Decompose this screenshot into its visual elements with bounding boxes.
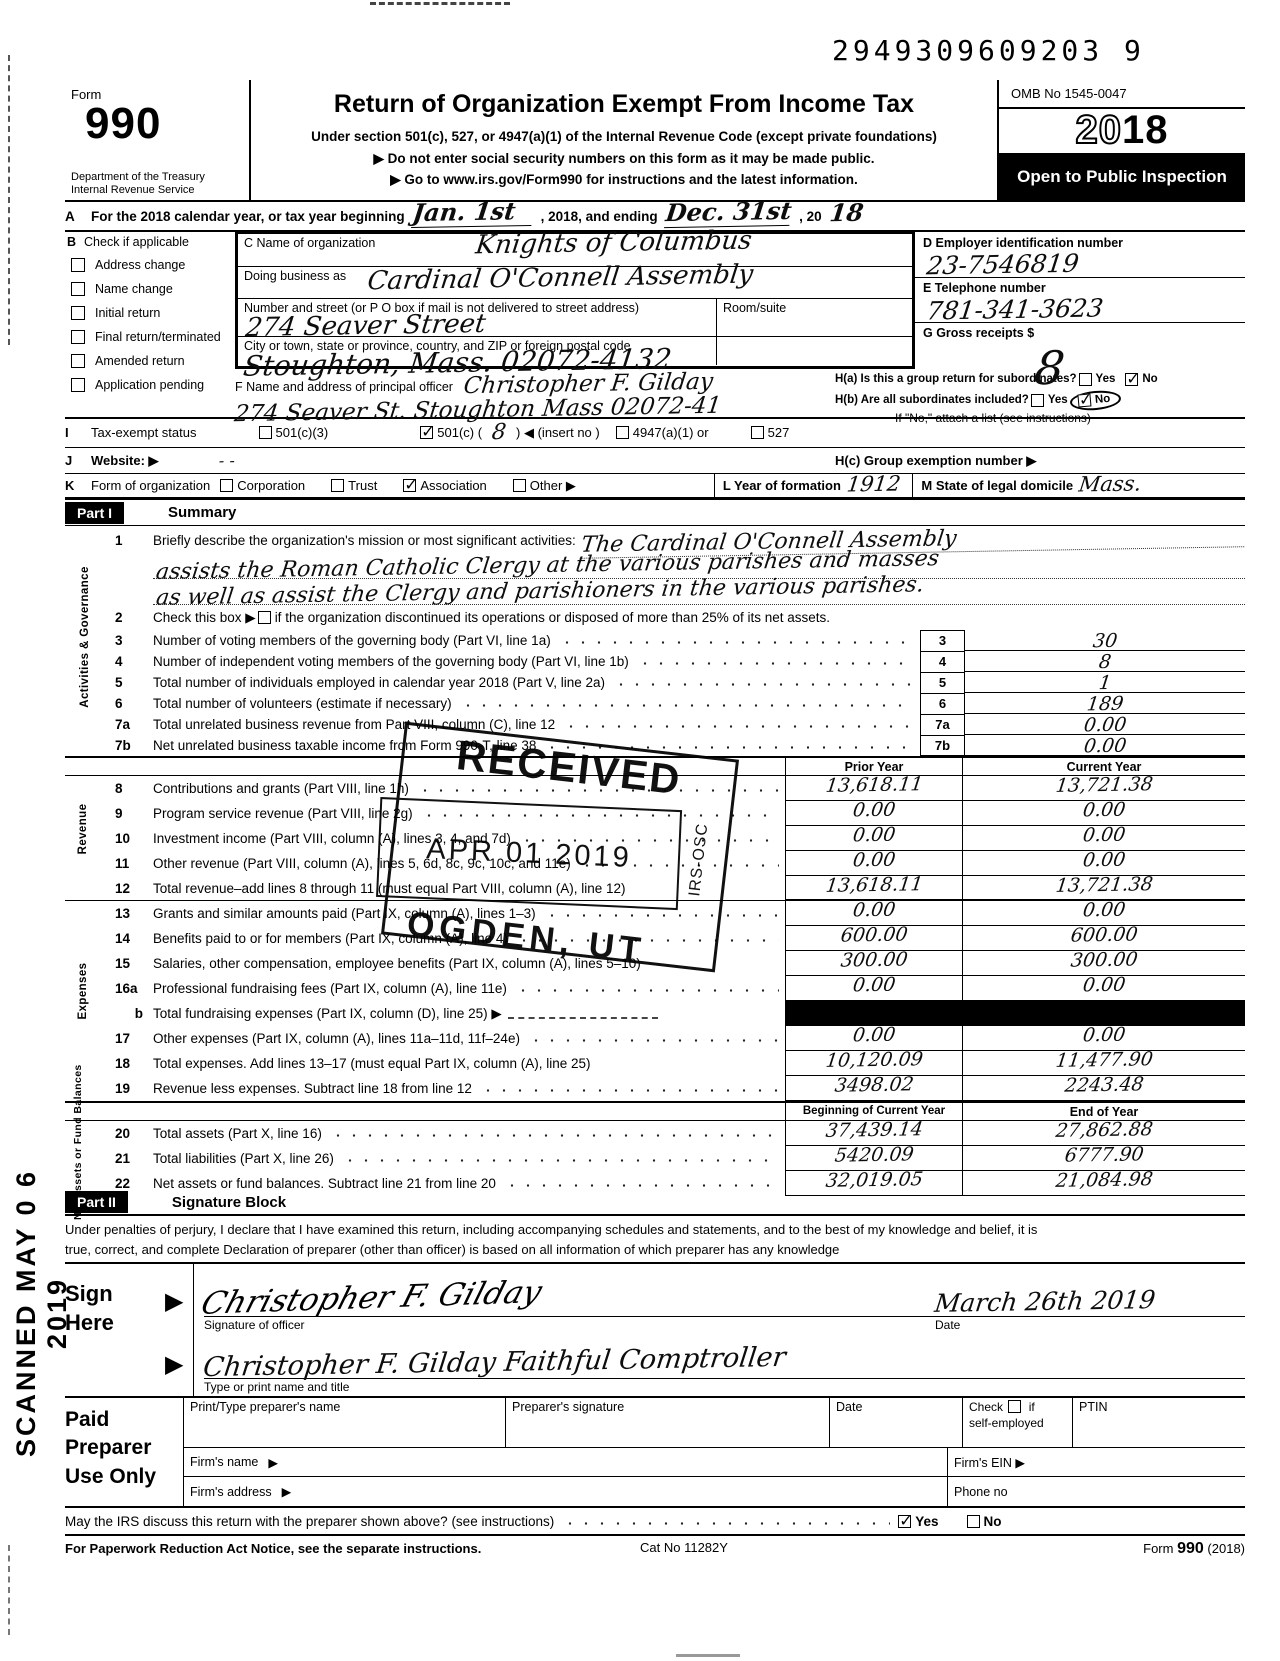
check-if-applicable-column: B Check if applicable Address change Nam…: [65, 233, 235, 419]
part1-header: Part I Summary: [65, 500, 1245, 526]
section-b-title: Check if applicable: [84, 235, 189, 249]
h-questions-block: H(a) Is this a group return for subordin…: [835, 369, 1245, 419]
website-value[interactable]: - -: [217, 451, 235, 470]
beginning-year-header: Beginning of Current Year: [785, 1103, 962, 1120]
form-subtitle: Under section 501(c), 527, or 4947(a)(1)…: [251, 129, 997, 144]
sign-here-block: Sign Here ▶▶ Christopher F. Gilday March…: [65, 1262, 1245, 1398]
org-name-value[interactable]: Knights of Columbus: [474, 225, 754, 260]
organization-name-box: C Name of organization Knights of Columb…: [235, 231, 915, 369]
hb-no-circle-annotation: No: [1069, 388, 1122, 411]
status-501c3-checkbox[interactable]: [259, 426, 272, 439]
ha-no-label: No: [1142, 373, 1157, 385]
status-527-checkbox[interactable]: [751, 426, 764, 439]
year-of-formation-label: L Year of formation: [723, 478, 841, 493]
balance-columns-header: Beginning of Current Year End of Year: [65, 1101, 1245, 1121]
dept-irs: Internal Revenue Service: [71, 184, 245, 198]
principal-officer-row: F Name and address of principal officer …: [235, 369, 835, 419]
discuss-no-label: No: [984, 1514, 1002, 1529]
revenue-line-8: 8 Contributions and grants (Part VIII, l…: [65, 776, 1245, 801]
status-4947-label: 4947(a)(1) or: [633, 425, 709, 440]
checkbox-address-change[interactable]: Address change: [65, 253, 235, 277]
form-title: Return of Organization Exempt From Incom…: [251, 90, 997, 119]
discuss-no-checkbox[interactable]: [967, 1515, 980, 1528]
line-a-text3: , 20: [799, 209, 822, 224]
part1-body: Activities & Governance Revenue Expenses…: [65, 527, 1245, 1196]
status-501c3-label: 501(c)(3): [276, 425, 329, 440]
form-of-org-label: Form of organization: [91, 478, 210, 493]
firm-name-label: Firm's name: [190, 1455, 258, 1469]
sign-here-label: Sign Here: [65, 1264, 165, 1396]
revenue-line-11: 11 Other revenue (Part VIII, column (A),…: [65, 851, 1245, 876]
firm-name-arrow: ▶: [268, 1455, 278, 1470]
gov-line-6: 6 Total number of volunteers (estimate i…: [65, 693, 1245, 714]
expense-line-18: 18 Total expenses. Add lines 13–17 (must…: [65, 1051, 1245, 1076]
firm-address-label: Firm's address: [190, 1485, 272, 1499]
corporation-label: Corporation: [237, 478, 305, 493]
expense-line-13: 13 Grants and similar amounts paid (Part…: [65, 901, 1245, 926]
part2-title: Signature Block: [172, 1194, 286, 1211]
page-edge-dashes-bottom: [8, 1545, 10, 1635]
initial-return-checkbox[interactable]: [71, 306, 85, 320]
check-this-box-pre: Check this box ▶: [153, 610, 256, 626]
other-checkbox[interactable]: [513, 479, 526, 492]
form-number-cell: Form 990 Department of the Treasury Inte…: [65, 80, 251, 200]
association-label: Association: [420, 478, 486, 493]
document-locator-number: 2949309609203 9: [832, 34, 1145, 67]
phone-value[interactable]: 781-341-3623: [925, 293, 1105, 325]
other-label: Other ▶: [530, 478, 576, 494]
hb-label: H(b) Are all subordinates included?: [835, 394, 1029, 406]
phone-no-cell[interactable]: Phone no: [947, 1477, 1245, 1506]
header-title-cell: Return of Organization Exempt From Incom…: [251, 80, 997, 200]
end-year-header: End of Year: [962, 1103, 1245, 1120]
line-a-text1: For the 2018 calendar year, or tax year …: [91, 209, 405, 224]
ein-row: D Employer identification number 23-7546…: [915, 233, 1245, 278]
checkbox-amended-return[interactable]: Amended return: [65, 349, 235, 373]
dba-label: Doing business as: [244, 269, 346, 283]
principal-officer-label: F Name and address of principal officer: [235, 380, 453, 394]
name-change-checkbox[interactable]: [71, 282, 85, 296]
checkbox-name-change[interactable]: Name change: [65, 277, 235, 301]
gov-value-5[interactable]: 1: [1098, 672, 1113, 694]
checkbox-application-pending[interactable]: Application pending: [65, 373, 235, 397]
tax-year-outline: 20: [1076, 108, 1123, 152]
discuss-yes-label: Yes: [915, 1514, 938, 1529]
line-a-tag: A: [65, 209, 91, 224]
phone-row: E Telephone number 781-341-3623: [915, 278, 1245, 323]
gross-receipts-label: G Gross receipts $: [923, 326, 1245, 340]
ptin-cell[interactable]: PTIN: [1073, 1398, 1245, 1447]
hc-group-exemption-label: H(c) Group exemption number ▶: [835, 453, 1245, 469]
paid-preparer-block: Paid Preparer Use Only Print/Type prepar…: [65, 1398, 1245, 1508]
association-checkbox[interactable]: [403, 479, 416, 492]
trust-label: Trust: [348, 478, 377, 493]
dba-row: Doing business as Cardinal O'Connell Ass…: [238, 267, 912, 299]
ha-no-checkbox[interactable]: [1125, 373, 1138, 386]
form-number: 990: [85, 104, 245, 144]
preparer-columns-row: Print/Type preparer's name Preparer's si…: [184, 1398, 1245, 1448]
part1-title: Summary: [168, 504, 236, 521]
expense-line-15: 15 Salaries, other compensation, employe…: [65, 951, 1245, 976]
expense-line-16b: b Total fundraising expenses (Part IX, c…: [65, 1001, 1245, 1026]
tax-year-end-value[interactable]: Dec. 31st: [664, 196, 793, 228]
form-990-page: SCANNED MAY 0 6 2019 2949309609203 9 For…: [0, 0, 1280, 1661]
revenue-line-9: 9 Program service revenue (Part VIII, li…: [65, 801, 1245, 826]
tax-year-bold: 18: [1122, 108, 1169, 152]
preparer-signature-cell[interactable]: Preparer's signature: [506, 1398, 830, 1447]
firm-name-row: Firm's name ▶ Firm's EIN ▶: [184, 1448, 1245, 1477]
preparer-date-cell[interactable]: Date: [830, 1398, 963, 1447]
discontinued-ops-checkbox[interactable]: [258, 611, 271, 624]
year-columns-header: Prior Year Current Year: [65, 756, 1245, 776]
org-name-row: C Name of organization Knights of Columb…: [238, 234, 912, 267]
date-label: Date: [935, 1318, 1245, 1334]
omb-number: OMB No 1545-0047: [999, 80, 1245, 109]
scanned-date-stamp: SCANNED MAY 0 6 2019: [11, 1129, 73, 1497]
expense-line-19: 19 Revenue less expenses. Subtract line …: [65, 1076, 1245, 1101]
arrow-icon: ▶: [165, 1287, 193, 1316]
application-pending-checkbox[interactable]: [71, 378, 85, 392]
website-label: Website: ▶: [91, 453, 159, 469]
catalog-number: Cat No 11282Y: [640, 1540, 728, 1555]
status-501c-close: ) ◀ (insert no ): [516, 425, 600, 441]
part1-tag: Part I: [65, 502, 124, 524]
mission-line-2: assists the Roman Catholic Clergy at the…: [153, 553, 1245, 579]
check-this-box-post: if the organization discontinued its ope…: [275, 610, 830, 625]
domicile-label: M State of legal domicile: [921, 478, 1073, 493]
final-return-checkbox[interactable]: [71, 330, 85, 344]
header-bullet-2: ▶ Go to www.irs.gov/Form990 for instruct…: [251, 172, 997, 188]
gov-line-4: 4 Number of independent voting members o…: [65, 651, 1245, 672]
tax-exempt-status-label: Tax-exempt status: [91, 425, 197, 440]
form-of-organization-row: K Form of organization Corporation Trust…: [65, 474, 1245, 500]
line-a-text2: , 2018, and ending: [541, 209, 658, 224]
hb-no-checkbox[interactable]: [1077, 393, 1091, 407]
tax-exempt-status-row: I Tax-exempt status 501(c)(3) 501(c) ( 8…: [65, 418, 1245, 448]
identity-block: B Check if applicable Address change Nam…: [65, 233, 1245, 419]
hb-yes-label: Yes: [1048, 394, 1068, 406]
ha-yes-checkbox[interactable]: [1079, 373, 1092, 386]
net-line-20: 20 Total assets (Part X, line 16) 37,439…: [65, 1121, 1245, 1146]
discuss-yes-checkbox[interactable]: [898, 1515, 911, 1528]
current-year-header: Current Year: [962, 758, 1245, 775]
irs-discuss-row: May the IRS discuss this return with the…: [65, 1508, 1245, 1536]
address-change-checkbox[interactable]: [71, 258, 85, 272]
form-header: Form 990 Department of the Treasury Inte…: [65, 80, 1245, 202]
tax-year: 2018: [999, 109, 1245, 151]
website-row: J Website: ▶ - - H(c) Group exemption nu…: [65, 448, 1245, 474]
section-b-tag: B: [67, 235, 76, 249]
discuss-question: May the IRS discuss this return with the…: [65, 1514, 554, 1529]
page-footer: For Paperwork Reduction Act Notice, see …: [65, 1540, 1245, 1558]
signature-date-value[interactable]: March 26th 2019: [933, 1285, 1157, 1318]
header-bullet-1: ▶ Do not enter social security numbers o…: [251, 151, 997, 167]
hb-yes-checkbox[interactable]: [1031, 394, 1044, 407]
part2-header: Part II Signature Block: [65, 1190, 1245, 1216]
mission-line-1: 1 Briefly describe the organization's mi…: [65, 527, 1245, 553]
page-top-dashes: [370, 2, 510, 5]
room-suite-label: Room/suite: [723, 301, 786, 315]
line-i-tag: I: [65, 425, 91, 440]
status-4947-checkbox[interactable]: [616, 426, 629, 439]
gov-value-3[interactable]: 30: [1092, 630, 1119, 652]
dba-value[interactable]: Cardinal O'Connell Assembly: [366, 259, 755, 296]
printed-name-title-value[interactable]: Christopher F. Gilday Faithful Comptroll…: [201, 1342, 787, 1383]
tax-year-end-yy[interactable]: 18: [828, 197, 865, 227]
expense-line-16a: 16a Professional fundraising fees (Part …: [65, 976, 1245, 1001]
gov-value-6[interactable]: 189: [1085, 693, 1124, 716]
org-name-label: C Name of organization: [244, 236, 375, 250]
trust-checkbox[interactable]: [331, 479, 344, 492]
dept-treasury: Department of the Treasury: [71, 171, 245, 185]
status-501c-checkbox[interactable]: [420, 426, 433, 439]
net-line-21: 21 Total liabilities (Part X, line 26) 5…: [65, 1146, 1245, 1171]
domicile-value[interactable]: Mass.: [1078, 471, 1143, 496]
status-527-label: 527: [768, 425, 790, 440]
firm-address-row: Firm's address ▶ Phone no: [184, 1477, 1245, 1506]
self-employed-cell: Check if self-employed: [963, 1398, 1073, 1447]
bottom-artifact-bar: [676, 1654, 740, 1657]
discontinued-ops-line: 2 Check this box ▶ if the organization d…: [65, 605, 1245, 630]
firm-ein-cell[interactable]: Firm's EIN ▶: [947, 1448, 1245, 1476]
firm-address-arrow: ▶: [282, 1484, 292, 1499]
part2-tag: Part II: [65, 1191, 128, 1213]
officer-signature-value[interactable]: Christopher F. Gilday: [197, 1274, 546, 1322]
year-of-formation-value[interactable]: 1912: [845, 471, 902, 496]
revenue-line-12: 12 Total revenue–add lines 8 through 11 …: [65, 876, 1245, 901]
ha-yes-label: Yes: [1096, 373, 1116, 385]
ein-label: D Employer identification number: [923, 236, 1245, 250]
gov-value-7a[interactable]: 0.00: [1082, 714, 1127, 737]
revenue-line-10: 10 Investment income (Part VIII, column …: [65, 826, 1245, 851]
mission-line-3: as well as assist the Clergy and parishi…: [153, 579, 1245, 605]
prior-year-header: Prior Year: [785, 758, 962, 775]
line-j-tag: J: [65, 453, 91, 468]
gov-line-7a: 7a Total unrelated business revenue from…: [65, 714, 1245, 735]
corporation-checkbox[interactable]: [220, 479, 233, 492]
checkbox-initial-return[interactable]: Initial return: [65, 301, 235, 325]
printed-name-row: Christopher F. Gilday Faithful Comptroll…: [204, 1334, 1245, 1379]
checkbox-final-return[interactable]: Final return/terminated: [65, 325, 235, 349]
expense-line-17: 17 Other expenses (Part IX, column (A), …: [65, 1026, 1245, 1051]
arrow-icon: ▶: [165, 1350, 193, 1379]
hb-no-label: No: [1094, 392, 1110, 405]
tax-year-begin-value[interactable]: Jan. 1st: [411, 196, 535, 228]
open-to-public-badge: Open to Public Inspection: [999, 153, 1245, 200]
paperwork-notice: For Paperwork Reduction Act Notice, see …: [65, 1541, 481, 1556]
phone-label: E Telephone number: [923, 281, 1245, 295]
ein-phone-column: D Employer identification number 23-7546…: [915, 233, 1245, 369]
gov-line-7b: 7b Net unrelated business taxable income…: [65, 735, 1245, 756]
gov-value-7b[interactable]: 0.00: [1082, 735, 1127, 758]
form-reference: Form 990 (2018): [1143, 1540, 1245, 1558]
mission-label: Briefly describe the organization's miss…: [153, 533, 576, 548]
blackout-cell-prior: [785, 1001, 962, 1026]
line-k-tag: K: [65, 478, 91, 493]
blackout-cell-current: [962, 1001, 1245, 1026]
preparer-name-cell[interactable]: Print/Type preparer's name: [184, 1398, 506, 1447]
paid-preparer-label: Paid Preparer Use Only: [65, 1398, 183, 1506]
city-row: City or town, state or province, country…: [238, 336, 912, 366]
gross-receipts-row: G Gross receipts $: [915, 323, 1245, 368]
signature-arrows: ▶▶: [165, 1264, 193, 1396]
gov-line-3: 3 Number of voting members of the govern…: [65, 630, 1245, 651]
ein-value[interactable]: 23-7546819: [925, 248, 1081, 280]
perjury-statement: Under penalties of perjury, I declare th…: [65, 1220, 1245, 1259]
expense-line-14: 14 Benefits paid to or for members (Part…: [65, 926, 1245, 951]
status-501c-label: 501(c) (: [437, 425, 482, 440]
self-employed-checkbox[interactable]: [1008, 1400, 1021, 1413]
header-right-cell: OMB No 1545-0047 2018 Open to Public Ins…: [997, 80, 1245, 200]
officer-signature-row: Christopher F. Gilday March 26th 2019: [204, 1264, 1245, 1317]
status-501c-insert-no[interactable]: 8: [480, 420, 517, 446]
street-row: Number and street (or P O box if mail is…: [238, 299, 912, 336]
page-edge-dashes-top: [8, 55, 10, 345]
amended-return-checkbox[interactable]: [71, 354, 85, 368]
gov-value-4[interactable]: 8: [1098, 651, 1113, 673]
gov-line-5: 5 Total number of individuals employed i…: [65, 672, 1245, 693]
